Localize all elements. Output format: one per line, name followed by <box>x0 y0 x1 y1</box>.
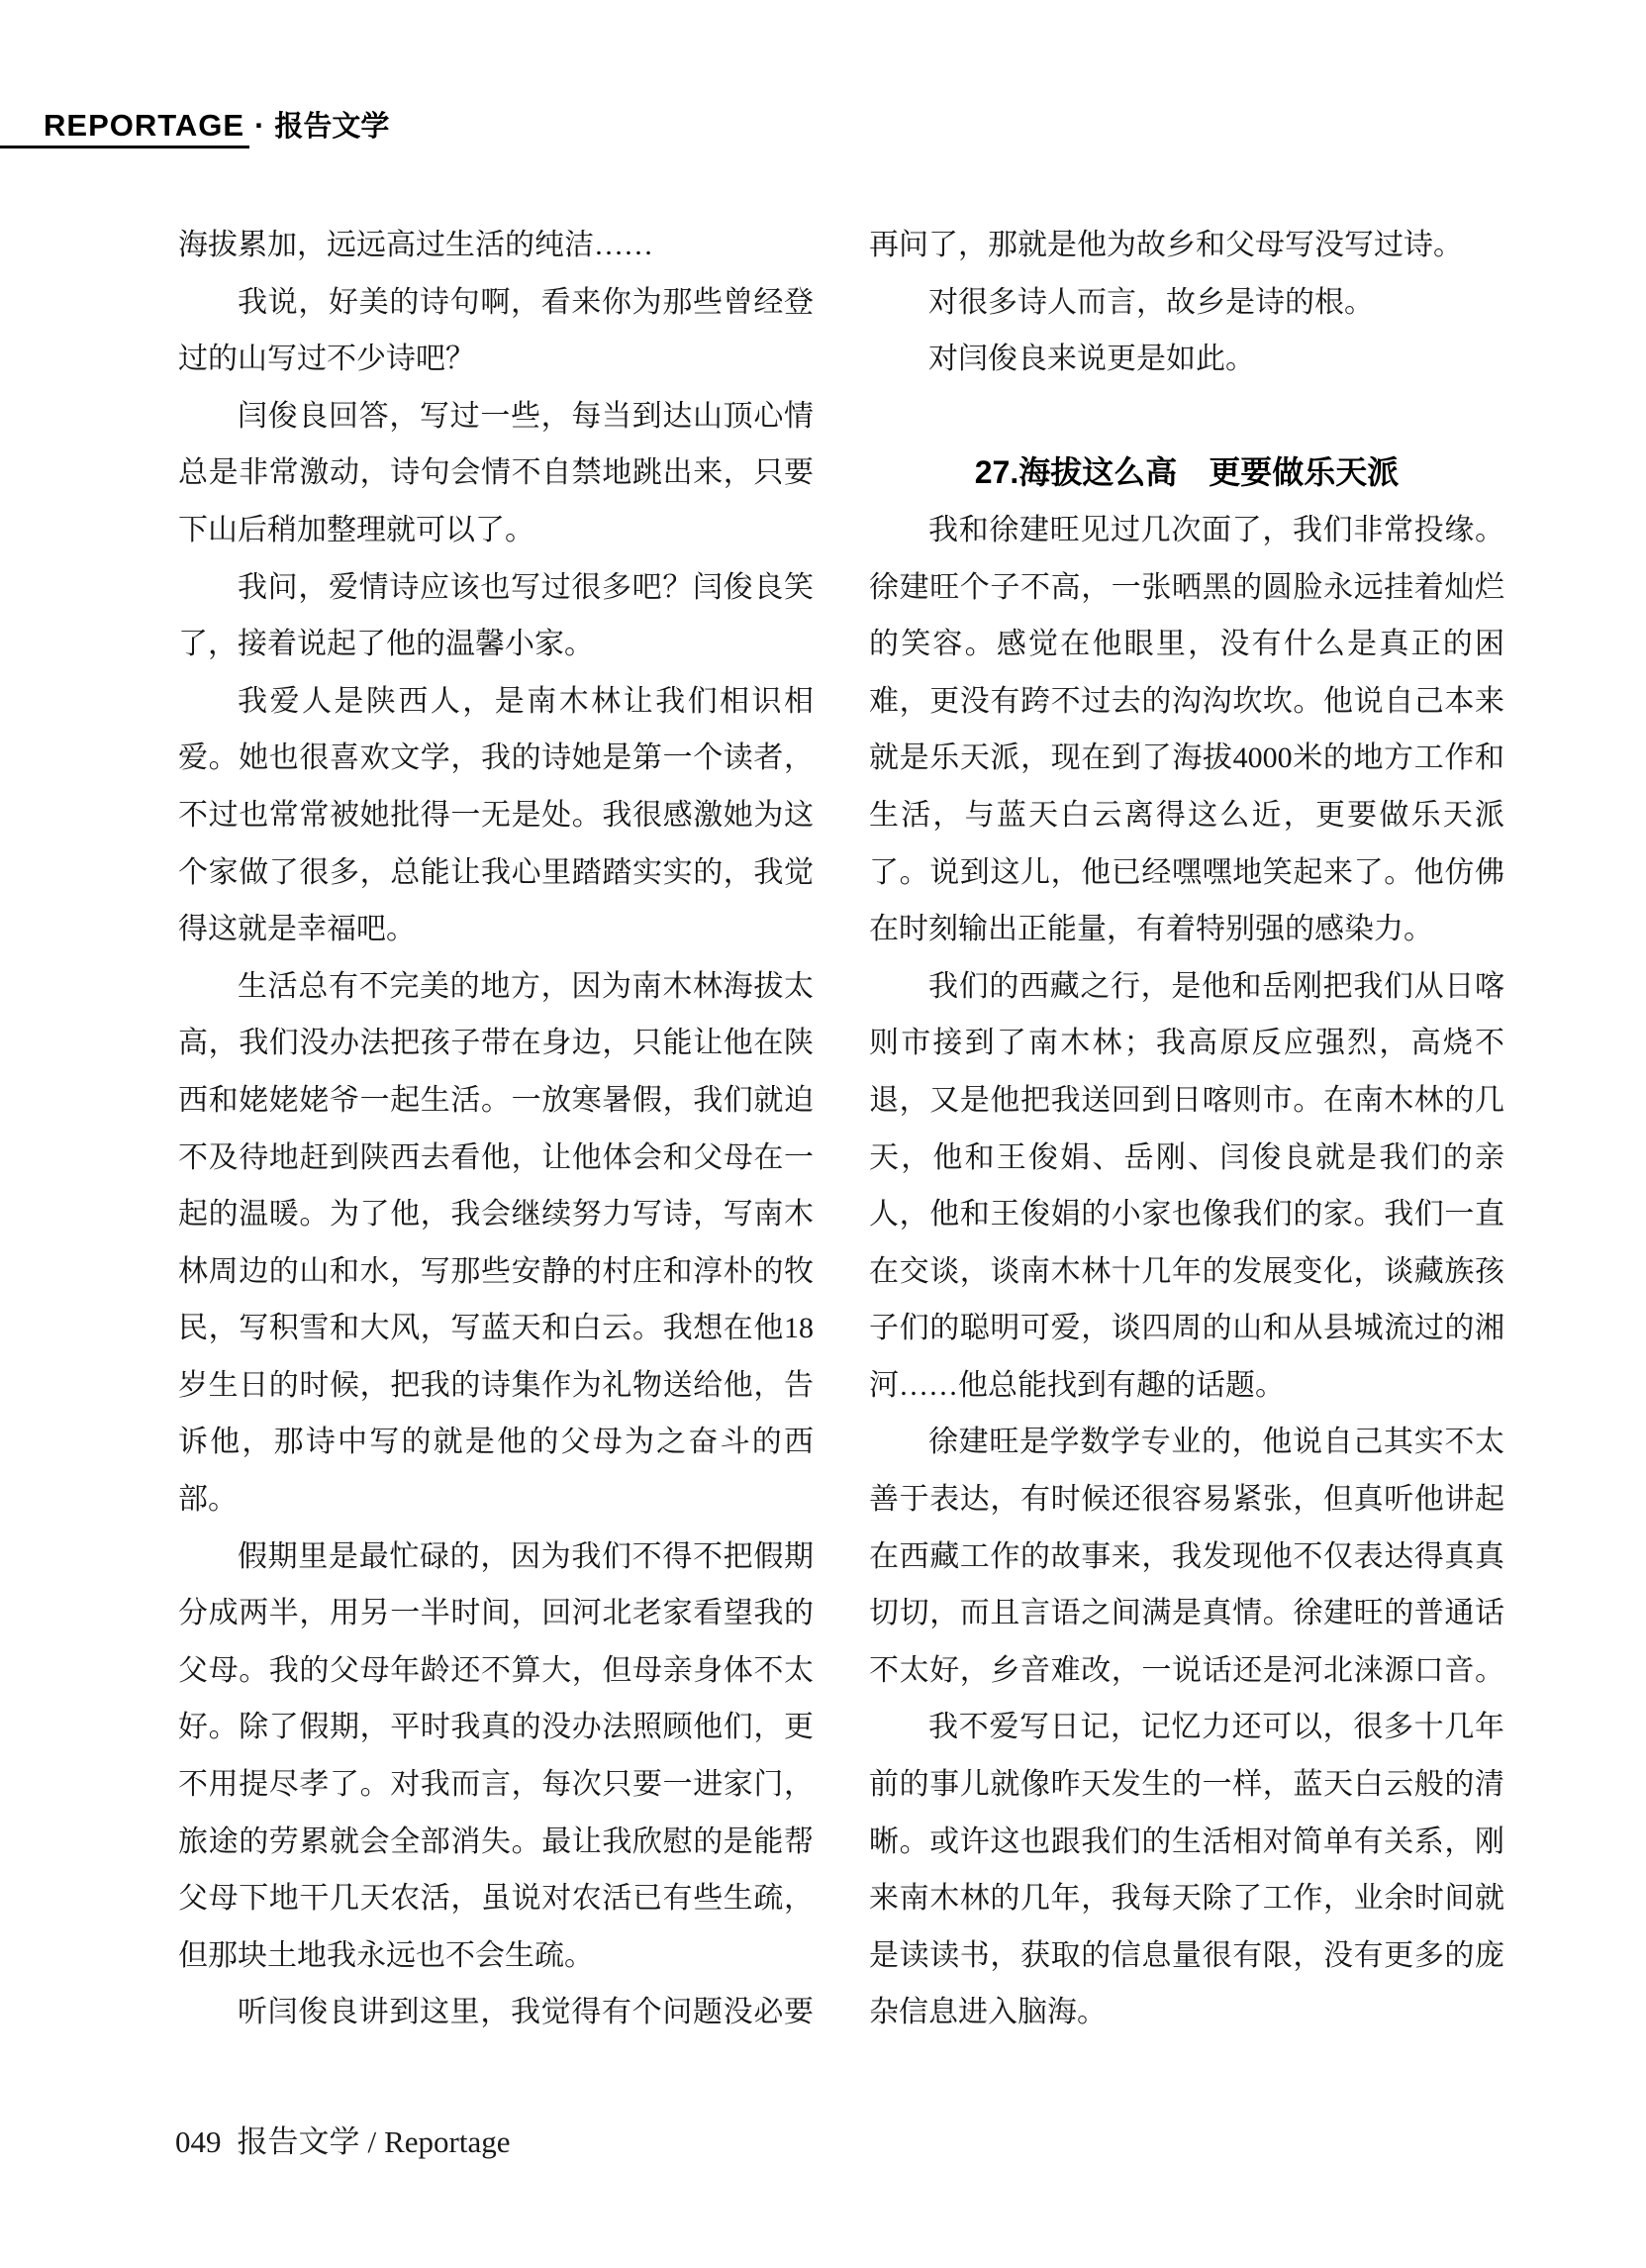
text-line: 我爱人是陕西人，是南木林让我们相识相 <box>178 673 814 731</box>
text-line: 对闫俊良来说更是如此。 <box>869 331 1504 388</box>
text-line: 民，写积雪和大风，写蓝天和白云。我想在他18 <box>178 1300 814 1357</box>
text-line: 了。说到这儿，他已经嘿嘿地笑起来了。他仿佛 <box>869 844 1504 902</box>
text-line: 再问了，那就是他为故乡和父母写没写过诗。 <box>869 217 1504 274</box>
text-line: 我和徐建旺见过几次面了，我们非常投缘。 <box>869 502 1504 559</box>
text-line: 但那块土地我永远也不会生疏。 <box>178 1927 814 1985</box>
text-line: 了，接着说起了他的温馨小家。 <box>178 616 814 673</box>
page-header: REPORTAGE·报告文学 <box>44 107 389 146</box>
text-line: 西和姥姥姥爷一起生活。一放寒暑假，我们就迫 <box>178 1072 814 1130</box>
text-line: 总是非常激动，诗句会情不自禁地跳出来，只要 <box>178 444 814 502</box>
text-line: 则市接到了南木林；我高原反应强烈，高烧不 <box>869 1015 1504 1072</box>
text-line: 我问，爱情诗应该也写过很多吧？闫俊良笑 <box>178 559 814 617</box>
text-line: 起的温暖。为了他，我会继续努力写诗，写南木 <box>178 1186 814 1243</box>
text-line: 晰。或许这也跟我们的生活相对简单有关系，刚 <box>869 1814 1504 1871</box>
text-line: 海拔累加，远远高过生活的纯洁…… <box>178 217 814 274</box>
text-line: 天，他和王俊娟、岳刚、闫俊良就是我们的亲 <box>869 1130 1504 1187</box>
left-column: 海拔累加，远远高过生活的纯洁……我说，好美的诗句啊，看来你为那些曾经登过的山写过… <box>178 217 814 2041</box>
text-line: 个家做了很多，总能让我心里踏踏实实的，我觉 <box>178 844 814 902</box>
page-number: 049 <box>175 2124 222 2159</box>
text-line: 分成两半，用另一半时间，回河北老家看望我的 <box>178 1585 814 1642</box>
section-title: 报告文学 <box>274 111 389 143</box>
footer-section-en: Reportage <box>384 2124 510 2159</box>
text-line: 岁生日的时候，把我的诗集作为礼物送给他，告 <box>178 1357 814 1415</box>
text-line: 生活，与蓝天白云离得这么近，更要做乐天派 <box>869 787 1504 844</box>
text-line: 善于表达，有时候还很容易紧张，但真听他讲起 <box>869 1471 1504 1528</box>
text-line: 退，又是他把我送回到日喀则市。在南木林的几 <box>869 1072 1504 1130</box>
text-line: 前的事儿就像昨天发生的一样，蓝天白云般的清 <box>869 1756 1504 1814</box>
magazine-page: { "header": { "title_en": "REPORTAGE", "… <box>0 0 1646 2268</box>
text-line: 爱。她也很喜欢文学，我的诗她是第一个读者， <box>178 730 814 787</box>
text-line: 在交谈，谈南木林十几年的发展变化，谈藏族孩 <box>869 1243 1504 1301</box>
footer-section-cn: 报告文学 <box>238 2124 360 2159</box>
blank-line <box>869 388 1504 445</box>
header-rule <box>0 146 249 148</box>
text-line: 诉他，那诗中写的就是他的父母为之奋斗的西 <box>178 1414 814 1471</box>
text-line: 我不爱写日记，记忆力还可以，很多十几年 <box>869 1699 1504 1756</box>
text-line: 就是乐天派，现在到了海拔4000米的地方工作和 <box>869 730 1504 787</box>
text-line: 高，我们没办法把孩子带在身边，只能让他在陕 <box>178 1015 814 1072</box>
text-line: 听闫俊良讲到这里，我觉得有个问题没必要 <box>178 1984 814 2041</box>
text-line: 在西藏工作的故事来，我发现他不仅表达得真真 <box>869 1528 1504 1586</box>
text-line: 旅途的劳累就会全部消失。最让我欣慰的是能帮 <box>178 1814 814 1871</box>
text-line: 不用提尽孝了。对我而言，每次只要一进家门， <box>178 1756 814 1814</box>
text-line: 在时刻输出正能量，有着特别强的感染力。 <box>869 901 1504 958</box>
text-line: 切切，而且言语之间满是真情。徐建旺的普通话 <box>869 1585 1504 1642</box>
text-line: 不及待地赶到陕西去看他，让他体会和父母在一 <box>178 1130 814 1187</box>
text-line: 父母下地干几天农活，虽说对农活已有些生疏， <box>178 1870 814 1927</box>
footer-slash: / <box>368 2124 377 2159</box>
right-column: 再问了，那就是他为故乡和父母写没写过诗。对很多诗人而言，故乡是诗的根。对闫俊良来… <box>869 217 1504 2041</box>
text-line: 得这就是幸福吧。 <box>178 901 814 958</box>
text-line: 的笑容。感觉在他眼里，没有什么是真正的困 <box>869 616 1504 673</box>
text-line: 杂信息进入脑海。 <box>869 1984 1504 2041</box>
text-line: 对很多诗人而言，故乡是诗的根。 <box>869 274 1504 332</box>
text-line: 好。除了假期，平时我真的没办法照顾他们，更 <box>178 1699 814 1756</box>
text-line: 河……他总能找到有趣的话题。 <box>869 1357 1504 1415</box>
text-line: 不太好，乡音难改，一说话还是河北涞源口音。 <box>869 1642 1504 1700</box>
text-line: 难，更没有跨不过去的沟沟坎坎。他说自己本来 <box>869 673 1504 731</box>
text-line: 是读读书，获取的信息量很有限，没有更多的庞 <box>869 1927 1504 1985</box>
text-line: 不过也常常被她批得一无是处。我很感激她为这 <box>178 787 814 844</box>
text-line: 人，他和王俊娟的小家也像我们的家。我们一直 <box>869 1186 1504 1243</box>
text-line: 部。 <box>178 1471 814 1528</box>
text-line: 来南木林的几年，我每天除了工作，业余时间就 <box>869 1870 1504 1927</box>
text-line: 我说，好美的诗句啊，看来你为那些曾经登 <box>178 274 814 332</box>
text-line: 假期里是最忙碌的，因为我们不得不把假期 <box>178 1528 814 1586</box>
text-line: 林周边的山和水，写那些安静的村庄和淳朴的牧 <box>178 1243 814 1301</box>
text-line: 父母。我的父母年龄还不算大，但母亲身体不太 <box>178 1642 814 1700</box>
text-line: 徐建旺是学数学专业的，他说自己其实不太 <box>869 1414 1504 1471</box>
text-line: 下山后稍加整理就可以了。 <box>178 502 814 559</box>
text-line: 生活总有不完美的地方，因为南木林海拔太 <box>178 958 814 1016</box>
magazine-title: REPORTAGE <box>44 108 244 143</box>
dot-separator-icon: · <box>254 108 264 143</box>
text-line: 我们的西藏之行，是他和岳刚把我们从日喀 <box>869 958 1504 1016</box>
text-line: 徐建旺个子不高，一张晒黑的圆脸永远挂着灿烂 <box>869 559 1504 617</box>
section-heading: 27.海拔这么高 更要做乐天派 <box>869 444 1504 502</box>
text-line: 闫俊良回答，写过一些，每当到达山顶心情 <box>178 388 814 445</box>
text-line: 子们的聪明可爱，谈四周的山和从县城流过的湘 <box>869 1300 1504 1357</box>
page-footer: 049报告文学/Reportage <box>175 2122 511 2162</box>
text-line: 过的山写过不少诗吧？ <box>178 331 814 388</box>
